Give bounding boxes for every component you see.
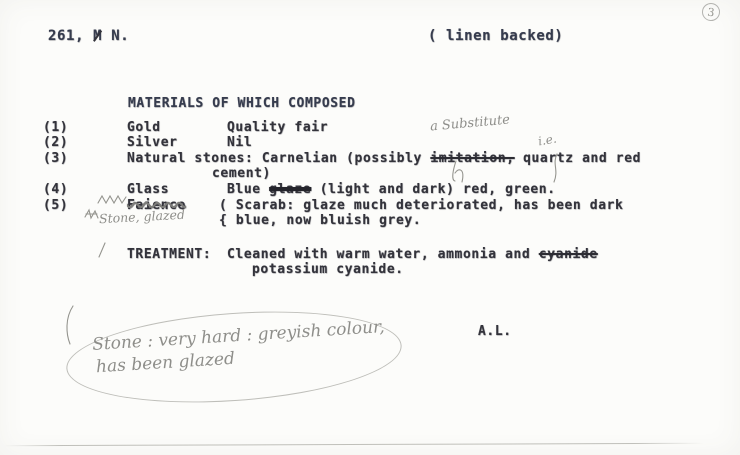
scanned-record-card: 3 261, M N. ( linen backed) MATERIALS OF…: [0, 0, 740, 455]
item-3-material: Natural stones:: [127, 151, 253, 166]
item-4-struck-word: glaze: [269, 182, 311, 197]
treatment-struck-word: cyanide: [539, 247, 598, 262]
doc-number: 261, M N.: [48, 28, 129, 44]
card-bottom-edge: [4, 443, 704, 446]
signature-initials: A.L.: [478, 324, 512, 339]
item-1-number: (1): [43, 120, 68, 135]
section-title: MATERIALS OF WHICH COMPOSED: [128, 96, 356, 111]
pencil-slash-mark: [97, 241, 107, 259]
handwritten-ie-note: i.e.: [537, 131, 558, 148]
pencil-strikeout-scribble: [97, 194, 129, 206]
item-3-desc-pre: Carnelian (possibly: [253, 151, 430, 166]
item-3-number: (3): [43, 151, 68, 166]
item-4-material: Glass: [127, 182, 169, 197]
treatment-line1: Cleaned with warm water, ammonia and cya…: [227, 247, 598, 262]
pencil-caret-mark: [448, 158, 474, 186]
circled-page-number: 3: [701, 2, 721, 22]
item-1-material: Gold: [127, 120, 161, 135]
item-3-continuation: cement): [212, 166, 271, 181]
item-4-desc-pre: Blue: [227, 182, 269, 197]
item-2-material: Silver: [127, 135, 178, 150]
pencil-scribble-mark: [84, 208, 101, 221]
item-4-description: Blue glaze (light and dark) red, green.: [227, 182, 556, 197]
pencil-stroke-mark: [62, 304, 76, 346]
treatment-line2: potassium cyanide.: [252, 262, 404, 277]
item-2-description: Nil: [227, 135, 252, 150]
handwritten-faience-correction: Stone, glazed: [99, 207, 186, 226]
backing-note: ( linen backed): [428, 28, 563, 44]
item-4-desc-post: (light and dark) red, green.: [311, 182, 555, 197]
doc-number-suffix: N.: [102, 28, 129, 44]
pencil-insert-mark: [548, 152, 564, 184]
doc-number-struck-letter: M: [93, 28, 102, 44]
doc-number-prefix: 261,: [48, 28, 93, 44]
treatment-label: TREATMENT:: [127, 247, 211, 262]
item-5-description-line1: ( Scarab: glaze much deteriorated, has b…: [219, 198, 623, 213]
item-2-number: (2): [43, 135, 68, 150]
item-5-number: (5): [43, 198, 68, 213]
treatment-line1-pre: Cleaned with warm water, ammonia and: [227, 247, 539, 262]
item-3-desc-post: quartz and red: [515, 151, 641, 166]
page-number-text: 3: [707, 5, 716, 19]
handwritten-substitute-note: a Substitute: [429, 113, 510, 135]
item-5-description-line2: { blue, now bluish grey.: [219, 213, 421, 228]
item-1-description: Quality fair: [227, 120, 328, 135]
item-4-number: (4): [43, 182, 68, 197]
